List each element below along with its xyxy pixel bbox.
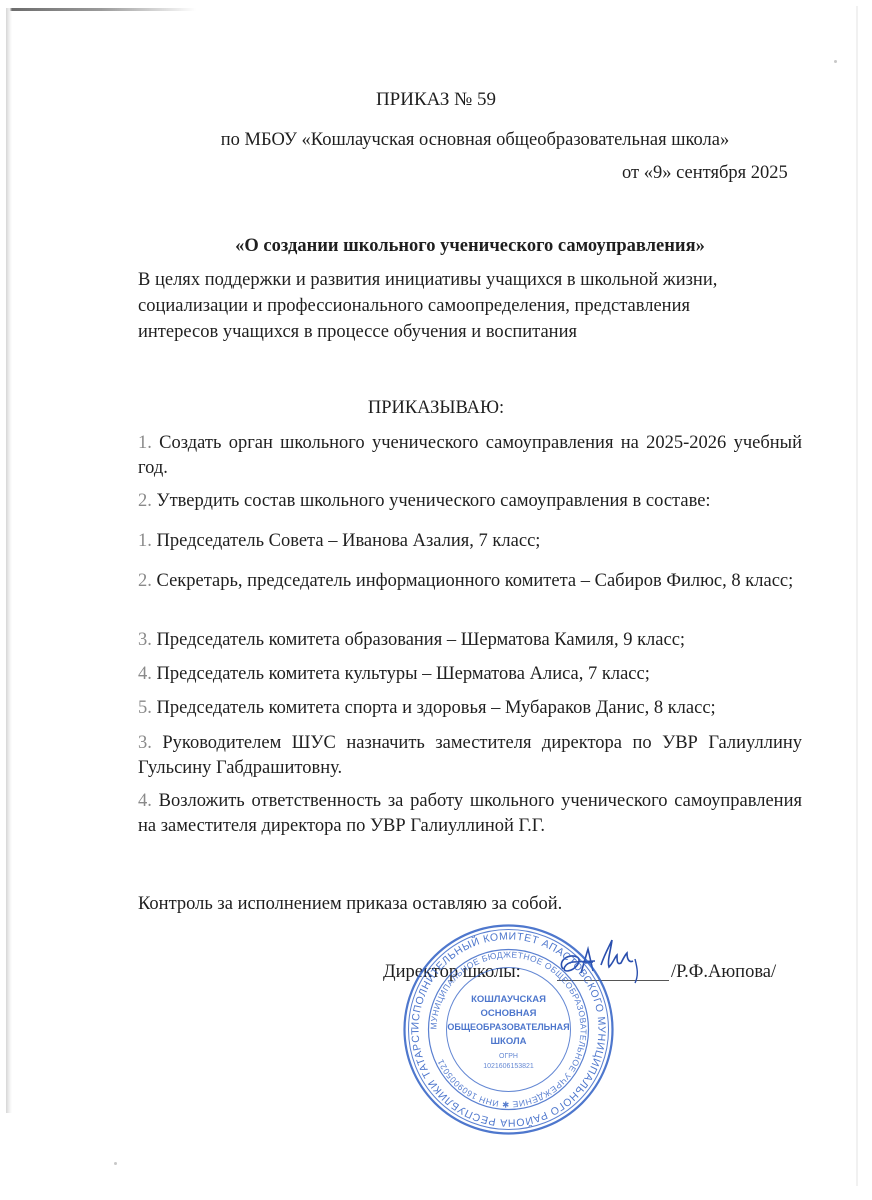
item-text: Руководителем ШУС назначить заместителя … <box>138 733 802 778</box>
signature-name: /Р.Ф.Аюпова/ <box>671 960 776 985</box>
scan-left-edge-shadow <box>6 8 12 1113</box>
document-title: ПРИКАЗ № 59 <box>0 87 872 112</box>
order-item-3: 3. Руководителем ШУС назначить заместите… <box>138 731 802 781</box>
svg-text:ОГРН: ОГРН <box>499 1053 518 1060</box>
member-number: 5. <box>138 698 152 718</box>
preamble-line: интересов учащихся в процессе обучения и… <box>138 320 577 345</box>
member-item: 1. Председатель Совета – Иванова Азалия,… <box>138 529 540 554</box>
member-text: Председатель комитета спорта и здоровья … <box>157 698 716 718</box>
preamble-line: В целях поддержки и развития инициативы … <box>138 268 717 293</box>
official-stamp-icon: ИСПОЛНИТЕЛЬНЫЙ КОМИТЕТ АПАСТОВСКОГО МУНИ… <box>401 922 616 1137</box>
member-item: 5. Председатель комитета спорта и здоров… <box>138 696 716 721</box>
document-date: от «9» сентября 2025 <box>622 161 788 186</box>
item-text: Утвердить состав школьного ученического … <box>157 491 711 511</box>
item-text: Возложить ответственность за работу школ… <box>138 791 802 836</box>
order-item-2: 2. Утвердить состав школьного ученическо… <box>138 489 711 514</box>
control-line: Контроль за исполнением приказа оставляю… <box>138 892 562 917</box>
scan-speck <box>114 1162 117 1165</box>
member-item: 4. Председатель комитета культуры – Шерм… <box>138 662 650 687</box>
svg-text:ШКОЛА: ШКОЛА <box>490 1036 526 1047</box>
member-text: Председатель комитета культуры – Шермато… <box>157 664 650 684</box>
document-subject: «О создании школьного ученического самоу… <box>150 234 790 259</box>
svg-text:1021606153821: 1021606153821 <box>483 1063 534 1070</box>
member-number: 1. <box>138 531 152 551</box>
order-item-1: 1. Создать орган школьного ученического … <box>138 431 802 481</box>
scan-top-edge-shadow <box>6 8 196 11</box>
item-number: 3. <box>138 733 152 753</box>
svg-text:ОСНОВНАЯ: ОСНОВНАЯ <box>481 1008 537 1019</box>
member-number: 4. <box>138 664 152 684</box>
svg-text:ОБЩЕОБРАЗОВАТЕЛЬНАЯ: ОБЩЕОБРАЗОВАТЕЛЬНАЯ <box>447 1022 569 1032</box>
member-text: Секретарь, председатель информационного … <box>157 571 794 591</box>
item-number: 1. <box>138 433 152 453</box>
item-number: 4. <box>138 791 152 811</box>
item-number: 2. <box>138 491 152 511</box>
member-number: 3. <box>138 630 152 650</box>
preamble-line: социализации и профессионального самоопр… <box>138 294 690 319</box>
item-text: Создать орган школьного ученического сам… <box>138 433 802 478</box>
scan-right-edge <box>856 6 858 1186</box>
member-item: 3. Председатель комитета образования – Ш… <box>138 628 685 653</box>
svg-text:КОШЛАУЧСКАЯ: КОШЛАУЧСКАЯ <box>471 994 546 1005</box>
member-text: Председатель Совета – Иванова Азалия, 7 … <box>157 531 541 551</box>
scan-speck <box>834 60 837 63</box>
order-item-4: 4. Возложить ответственность за работу ш… <box>138 789 802 839</box>
member-item: 2. Секретарь, председатель информационно… <box>138 569 802 594</box>
order-word: ПРИКАЗЫВАЮ: <box>0 396 872 421</box>
organization-line: по МБОУ «Кошлаучская основная общеобразо… <box>190 128 760 153</box>
member-text: Председатель комитета образования – Шерм… <box>157 630 686 650</box>
member-number: 2. <box>138 571 152 591</box>
